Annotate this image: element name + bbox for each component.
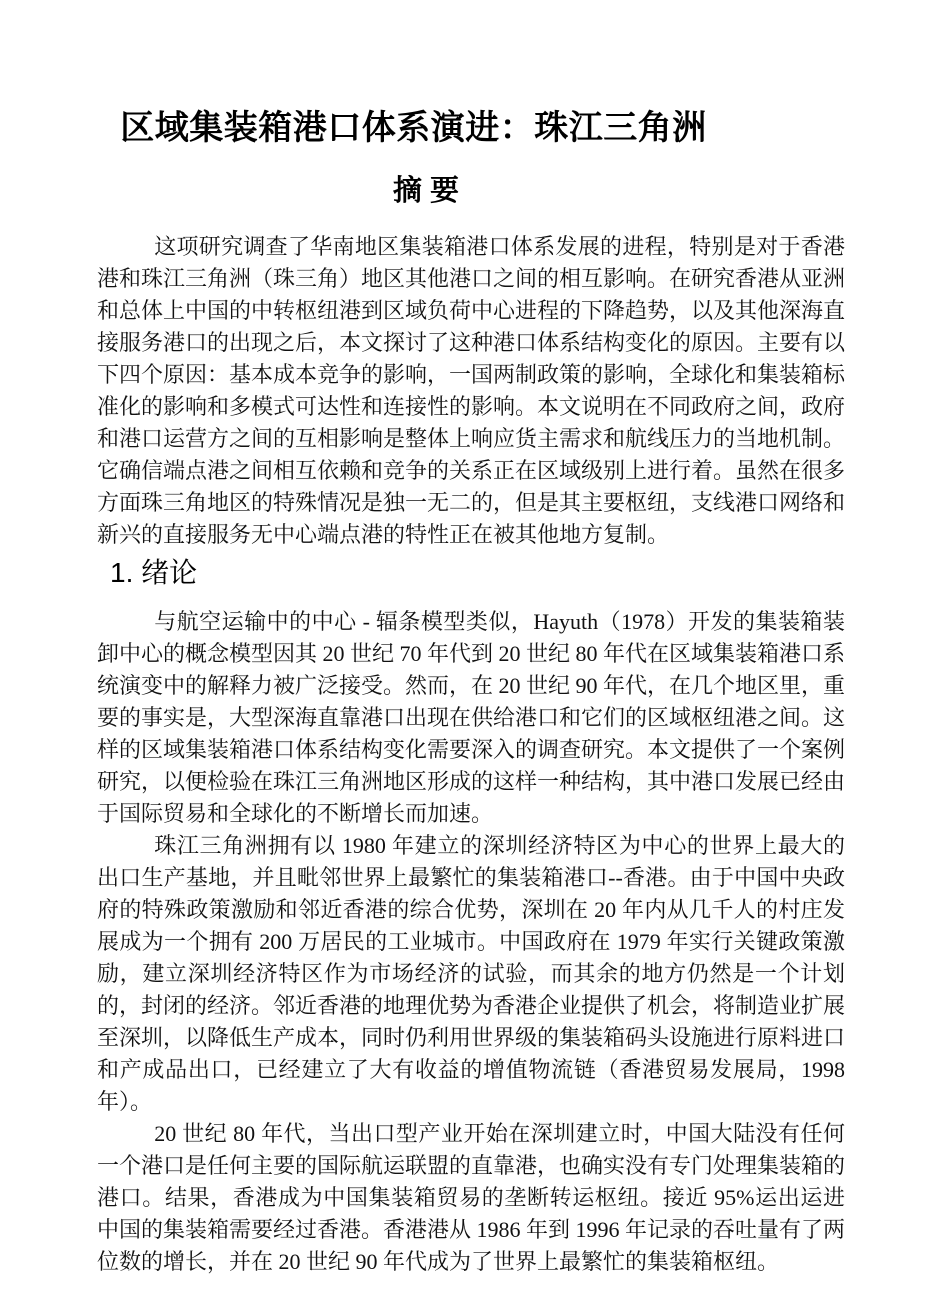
section-1-paragraph-2: 珠江三角洲拥有以 1980 年建立的深圳经济特区为中心的世界上最大的出口生产基地…: [97, 830, 845, 1118]
document-page: 区域集装箱港口体系演进：珠江三角洲 摘 要 这项研究调查了华南地区集装箱港口体系…: [0, 0, 926, 1309]
document-content: 区域集装箱港口体系演进：珠江三角洲 摘 要 这项研究调查了华南地区集装箱港口体系…: [0, 0, 926, 1278]
section-1-heading: 1. 绪论: [97, 555, 845, 591]
abstract-paragraph: 这项研究调查了华南地区集装箱港口体系发展的进程，特别是对于香港港和珠江三角洲（珠…: [97, 231, 845, 551]
abstract-heading: 摘 要: [97, 172, 755, 210]
section-1-paragraph-1: 与航空运输中的中心 - 辐条模型类似，Hayuth（1978）开发的集装箱装卸中…: [97, 606, 845, 830]
section-1-paragraph-3: 20 世纪 80 年代，当出口型产业开始在深圳建立时，中国大陆没有任何一个港口是…: [97, 1118, 845, 1278]
document-title: 区域集装箱港口体系演进：珠江三角洲: [97, 106, 730, 150]
